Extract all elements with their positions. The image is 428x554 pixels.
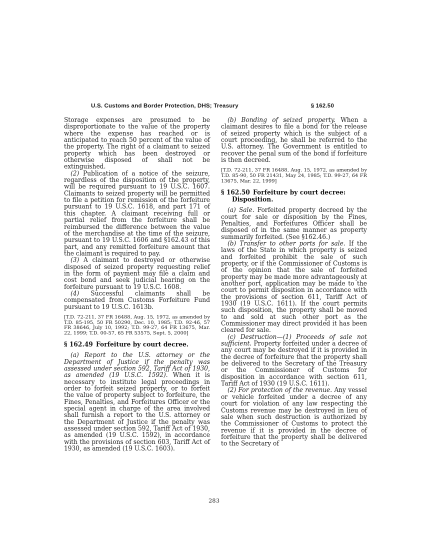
section-heading: § 162.50 Forfeiture by court decree: Dis… [221, 189, 367, 203]
paragraph-text: If the laws of the State in which proper… [221, 240, 367, 334]
page-number: 283 [209, 497, 220, 504]
right-column: (b) Bonding of seized property. When a c… [221, 117, 367, 452]
citation-note: [T.D. 72-211, 37 FR 16488, Aug. 15, 1972… [64, 315, 210, 336]
paragraph-text: Any vessel or vehicle forfeited under a … [221, 387, 367, 447]
body-paragraph: Storage expenses are presumed to be disp… [64, 117, 210, 170]
paragraph-text: Storage expenses are presumed to be disp… [64, 117, 210, 171]
body-paragraph: (a) Sale. Forfeited property decreed by … [221, 207, 367, 240]
body-paragraph: (2) For protection of the revenue. Any v… [221, 387, 367, 447]
running-head: U.S. Customs and Border Protection, DHS;… [91, 103, 334, 109]
body-paragraph: (c) Destruction—(1) Proceeds of sale not… [221, 334, 367, 387]
page-footer: 283 [0, 497, 428, 504]
body-paragraph: (2) Publication of a notice of the seizu… [64, 170, 210, 257]
body-paragraph: (b) Transfer to other ports for sale. If… [221, 240, 367, 333]
body-paragraph: (b) Bonding of seized property. When a c… [221, 117, 367, 164]
left-column: Storage expenses are presumed to be disp… [64, 117, 210, 452]
running-head-section-number: § 162.50 [311, 103, 334, 109]
body-paragraph: (3) A claimant to destroyed or otherwise… [64, 257, 210, 290]
page: U.S. Customs and Border Protection, DHS;… [0, 0, 428, 554]
paragraph-text: A claimant to destroyed or otherwise dis… [64, 257, 210, 291]
paragraph-text: When a claimant desires to file a bond f… [221, 117, 367, 164]
text-columns: Storage expenses are presumed to be disp… [64, 117, 367, 452]
paragraph-text: When it is necessary to institute legal … [64, 372, 210, 452]
running-head-title: U.S. Customs and Border Protection, DHS;… [91, 103, 238, 109]
document-page: U.S. Customs and Border Protection, DHS;… [0, 0, 428, 554]
body-paragraph: (4) Successful claimants shall be compen… [64, 290, 210, 310]
section-heading: § 162.49 Forfeiture by court decree. [64, 341, 210, 348]
paragraph-text: Publication of a notice of the seizure, … [64, 170, 210, 257]
body-paragraph: (a) Report to the U.S. attorney or the D… [64, 352, 210, 452]
citation-note: [T.D. 72-211, 37 FR 16488, Aug. 15, 1972… [221, 168, 367, 184]
paragraph-text: Property forfeited under a decree of any… [221, 340, 367, 387]
